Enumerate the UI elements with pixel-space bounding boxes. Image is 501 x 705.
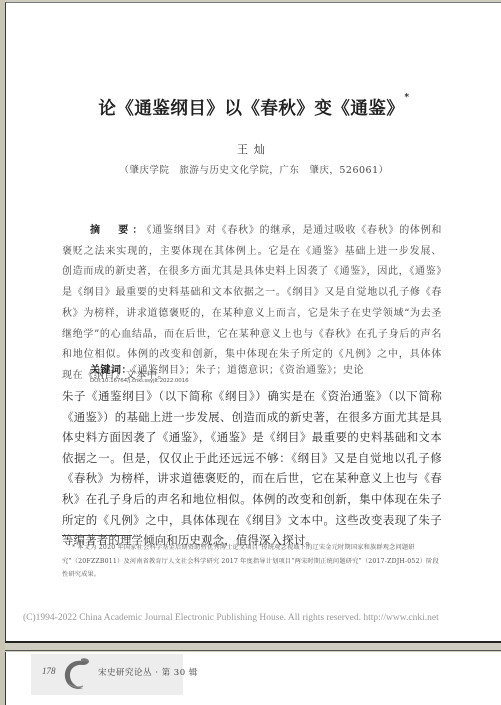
- keywords: 关键词：《通鉴纲目》；朱子；道德意识；《资治通鉴》；史论: [90, 361, 364, 376]
- doi: DOI:10.16764/j.cnki.ssyjlt.2022.0016: [90, 378, 188, 384]
- article-title: 论《通鉴纲目》以《春秋》变《通鉴》*: [6, 95, 501, 120]
- abstract-label: 摘 要：: [90, 225, 147, 236]
- keywords-label: 关键词：: [90, 365, 132, 376]
- page-1: 论《通鉴纲目》以《春秋》变《通鉴》* 王灿 （肇庆学院 旅游与历史文化学院，广东…: [5, 2, 501, 643]
- running-header: 178 宋史研究论丛 · 第 30 辑: [31, 654, 183, 695]
- author: 王灿: [6, 141, 501, 157]
- abstract-text: 《通鉴纲目》对《春秋》的继承，是通过吸收《春秋》的体例和褒贬之法来实现的，主要体…: [62, 225, 442, 381]
- footnote: * 本文为 2020 年国家社会科学基金后期资助暨优秀博士论文项目“传统观念视域…: [62, 541, 442, 582]
- page-2: 178 宋史研究论丛 · 第 30 辑: [5, 652, 501, 705]
- title-footnote-marker: *: [404, 93, 409, 103]
- affiliation: （肇庆学院 旅游与历史文化学院，广东 肇庆，526061）: [6, 162, 501, 176]
- title-text: 论《通鉴纲目》以《春秋》变《通鉴》: [98, 99, 404, 119]
- document-viewer: 论《通鉴纲目》以《春秋》变《通鉴》* 王灿 （肇庆学院 旅游与历史文化学院，广东…: [0, 0, 501, 705]
- page-separator: [5, 645, 501, 651]
- copyright-watermark: (C)1994-2022 China Academic Journal Elec…: [23, 613, 501, 623]
- footnote-divider: [62, 535, 132, 536]
- page-number: 178: [42, 666, 56, 676]
- journal-logo-icon: [61, 656, 95, 692]
- keywords-text: 《通鉴纲目》；朱子；道德意识；《资治通鉴》；史论: [132, 365, 364, 376]
- journal-name: 宋史研究论丛 · 第 30 辑: [98, 666, 198, 678]
- body-paragraph: 朱子《通鉴纲目》（以下简称《纲目》）确实是在《资治通鉴》（以下简称《通鉴》）的基…: [62, 386, 442, 551]
